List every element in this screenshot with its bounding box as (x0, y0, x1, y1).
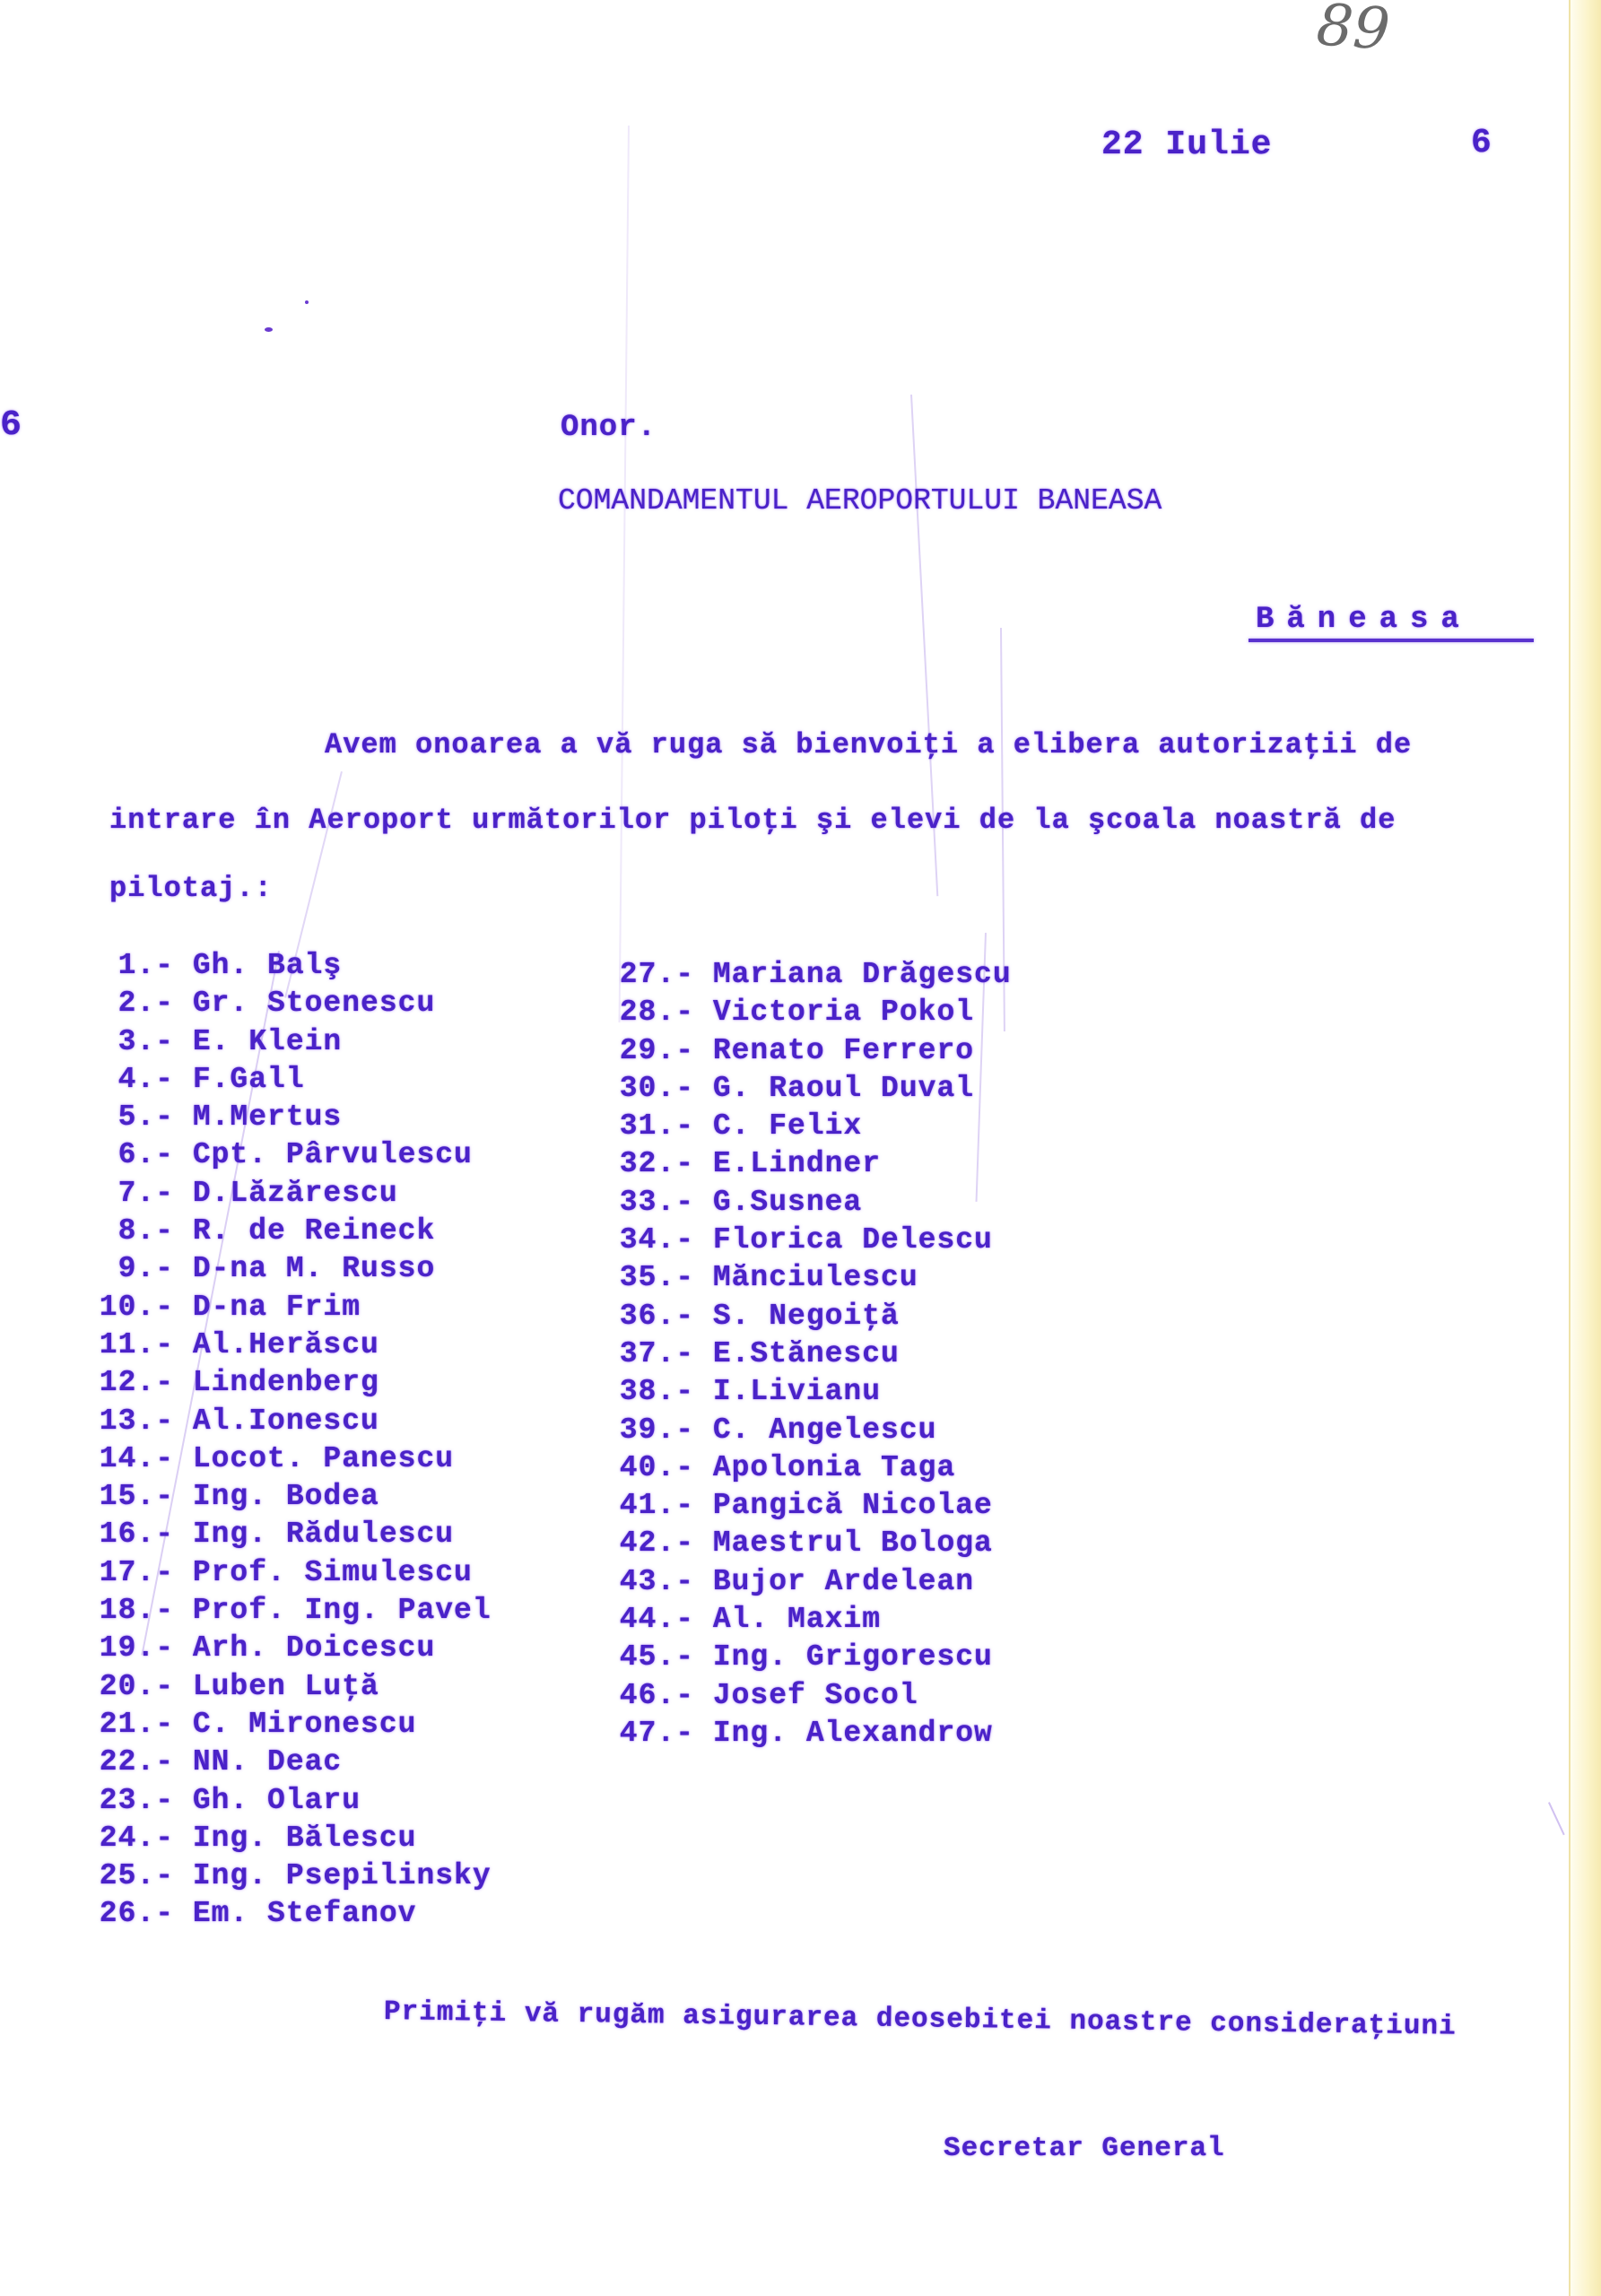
list-item: 44.- Al. Maxim (606, 1601, 1012, 1639)
list-item-name: S. Negoiţă (713, 1300, 900, 1333)
list-item-name: R. de Reineck (193, 1214, 435, 1248)
list-item-number: 31.- (606, 1108, 694, 1145)
list-item-name: Florica Delescu (713, 1223, 993, 1257)
paper-edge (1571, 0, 1601, 2296)
crease-mark (619, 126, 630, 1022)
list-item-name: Ing. Grigorescu (713, 1640, 993, 1674)
list-item-number: 37.- (606, 1335, 694, 1373)
list-item-name: Gh. Balş (193, 949, 342, 982)
list-item-number: 35.- (606, 1259, 694, 1297)
list-item-number: 45.- (606, 1639, 694, 1676)
list-item-number: 2.- (86, 985, 174, 1022)
list-item-number: 16.- (86, 1516, 174, 1553)
list-item-name: F.Gall (193, 1063, 305, 1096)
list-item-name: D-na M. Russo (193, 1252, 435, 1285)
list-item: 30.- G. Raoul Duval (606, 1070, 1012, 1108)
list-item: 37.- E.Stănescu (606, 1335, 1012, 1373)
list-item: 24.- Ing. Bălescu (86, 1820, 492, 1857)
list-item-number: 15.- (86, 1478, 174, 1516)
list-item: 12.- Lindenberg (86, 1364, 492, 1402)
list-item-name: Ing. Bodea (193, 1480, 379, 1513)
list-item-name: Ing. Rădulescu (193, 1518, 454, 1551)
list-item-number: 4.- (86, 1061, 174, 1099)
list-item-number: 43.- (606, 1563, 694, 1601)
list-item-number: 32.- (606, 1145, 694, 1183)
ink-speck (305, 300, 309, 304)
list-item: 38.- I.Livianu (606, 1373, 1012, 1411)
list-item-number: 46.- (606, 1677, 694, 1715)
list-item-number: 29.- (606, 1032, 694, 1070)
list-item-number: 39.- (606, 1412, 694, 1449)
list-item: 3.- E. Klein (86, 1023, 492, 1061)
list-item-number: 41.- (606, 1487, 694, 1525)
list-item-number: 25.- (86, 1857, 174, 1895)
list-item-number: 6.- (86, 1136, 174, 1174)
list-item-name: Al.Ionescu (193, 1405, 379, 1438)
signature-title: Secretar General (944, 2133, 1225, 2164)
list-item: 13.- Al.Ionescu (86, 1403, 492, 1440)
list-item: 46.- Josef Socol (606, 1677, 1012, 1715)
list-item-number: 47.- (606, 1715, 694, 1752)
list-item-number: 3.- (86, 1023, 174, 1061)
list-item-name: Maestrul Bologa (713, 1526, 993, 1560)
list-item: 34.- Florica Delescu (606, 1222, 1012, 1259)
list-item-number: 28.- (606, 994, 694, 1031)
list-item: 45.- Ing. Grigorescu (606, 1639, 1012, 1676)
list-item: 8.- R. de Reineck (86, 1213, 492, 1250)
pilot-list-right: 27.- Mariana Drăgescu28.- Victoria Pokol… (606, 956, 1012, 1752)
list-item-name: Victoria Pokol (713, 996, 974, 1029)
list-item: 15.- Ing. Bodea (86, 1478, 492, 1516)
list-item: 9.- D-na M. Russo (86, 1250, 492, 1288)
list-item-name: D.Lăzărescu (193, 1177, 398, 1210)
list-item: 47.- Ing. Alexandrow (606, 1715, 1012, 1752)
list-item: 21.- C. Mironescu (86, 1706, 492, 1744)
list-item: 25.- Ing. Psepilinsky (86, 1857, 492, 1895)
closing-formula: Primiţi vă rugăm asigurarea deosebitei n… (384, 1996, 1457, 2043)
list-item-name: G. Raoul Duval (713, 1072, 974, 1105)
crease-mark (1548, 1802, 1565, 1835)
list-item-name: Al.Herăscu (193, 1328, 379, 1361)
city: Băneasa (1256, 603, 1472, 637)
list-item-number: 7.- (86, 1175, 174, 1213)
list-item-number: 21.- (86, 1706, 174, 1744)
list-item: 11.- Al.Herăscu (86, 1326, 492, 1364)
list-item-number: 11.- (86, 1326, 174, 1364)
list-item-number: 44.- (606, 1601, 694, 1639)
list-item: 26.- Em. Stefanov (86, 1895, 492, 1933)
list-item-number: 5.- (86, 1099, 174, 1136)
letter-date: 22 Iulie (1101, 126, 1272, 164)
list-item-number: 12.- (86, 1364, 174, 1402)
list-item: 39.- C. Angelescu (606, 1412, 1012, 1449)
list-item-name: C. Mironescu (193, 1708, 417, 1741)
list-item-number: 27.- (606, 956, 694, 994)
list-item-name: Locot. Panescu (193, 1442, 454, 1475)
list-item-name: C. Angelescu (713, 1413, 937, 1447)
list-item-number: 1.- (86, 947, 174, 985)
list-item: 31.- C. Felix (606, 1108, 1012, 1145)
list-item-name: Lindenberg (193, 1366, 379, 1399)
list-item-number: 18.- (86, 1592, 174, 1630)
list-item-name: Mănciulescu (713, 1261, 918, 1294)
body-line-2: intrare în Aeroport următorilor piloţi ş… (109, 804, 1396, 837)
list-item: 20.- Luben Luţă (86, 1668, 492, 1706)
list-item-name: Al. Maxim (713, 1603, 881, 1636)
list-item-number: 8.- (86, 1213, 174, 1250)
list-item: 22.- NN. Deac (86, 1744, 492, 1781)
letter-date-number: 6 (1471, 124, 1492, 162)
list-item-name: Arh. Doicescu (193, 1631, 435, 1665)
list-item-number: 9.- (86, 1250, 174, 1288)
pilot-list-left: 1.- Gh. Balş2.- Gr. Stoenescu3.- E. Klei… (86, 947, 492, 1934)
list-item: 43.- Bujor Ardelean (606, 1563, 1012, 1601)
list-item-name: Pangică Nicolae (713, 1489, 993, 1522)
list-item-name: Cpt. Pârvulescu (193, 1138, 473, 1171)
list-item-name: G.Susnea (713, 1186, 862, 1219)
list-item-name: Bujor Ardelean (713, 1565, 974, 1598)
list-item-name: Em. Stefanov (193, 1897, 417, 1930)
list-item-name: Ing. Bălescu (193, 1822, 417, 1855)
list-item: 6.- Cpt. Pârvulescu (86, 1136, 492, 1174)
list-item-name: E. Klein (193, 1025, 342, 1058)
list-item-name: NN. Deac (193, 1745, 342, 1779)
list-item-number: 34.- (606, 1222, 694, 1259)
list-item: 19.- Arh. Doicescu (86, 1630, 492, 1667)
list-item-name: Mariana Drăgescu (713, 958, 1012, 991)
list-item: 23.- Gh. Olaru (86, 1782, 492, 1820)
list-item-name: Renato Ferrero (713, 1034, 974, 1067)
list-item: 29.- Renato Ferrero (606, 1032, 1012, 1070)
list-item-name: Prof. Simulescu (193, 1556, 473, 1589)
body-line-1: Avem onoarea a vă ruga să bienvoiţi a el… (325, 728, 1412, 761)
list-item-name: Luben Luţă (193, 1670, 379, 1703)
list-item-name: Prof. Ing. Pavel (193, 1594, 492, 1627)
list-item: 2.- Gr. Stoenescu (86, 985, 492, 1022)
list-item-name: Ing. Psepilinsky (193, 1859, 492, 1892)
list-item: 32.- E.Lindner (606, 1145, 1012, 1183)
list-item: 1.- Gh. Balş (86, 947, 492, 985)
list-item: 17.- Prof. Simulescu (86, 1554, 492, 1592)
list-item-name: Ing. Alexandrow (713, 1717, 993, 1750)
document-page: 89 22 Iulie 6 6 Onor. COMANDAMENTUL AERO… (0, 0, 1601, 2296)
margin-number: 6 (0, 405, 22, 446)
salutation: Onor. (561, 411, 657, 445)
list-item-number: 14.- (86, 1440, 174, 1478)
list-item-number: 17.- (86, 1554, 174, 1592)
list-item: 36.- S. Negoiţă (606, 1298, 1012, 1335)
list-item: 4.- F.Gall (86, 1061, 492, 1099)
list-item-number: 26.- (86, 1895, 174, 1933)
list-item: 42.- Maestrul Bologa (606, 1525, 1012, 1562)
list-item: 18.- Prof. Ing. Pavel (86, 1592, 492, 1630)
list-item-number: 36.- (606, 1298, 694, 1335)
list-item: 33.- G.Susnea (606, 1184, 1012, 1222)
list-item-number: 30.- (606, 1070, 694, 1108)
list-item: 10.- D-na Frim (86, 1289, 492, 1326)
list-item: 14.- Locot. Panescu (86, 1440, 492, 1478)
list-item-name: Gr. Stoenescu (193, 987, 435, 1020)
list-item-name: C. Felix (713, 1109, 862, 1143)
list-item-number: 42.- (606, 1525, 694, 1562)
addressee: COMANDAMENTUL AEROPORTULUI BANEASA (558, 484, 1162, 517)
list-item-number: 19.- (86, 1630, 174, 1667)
list-item-name: Gh. Olaru (193, 1784, 361, 1817)
list-item-name: M.Mertus (193, 1100, 342, 1134)
list-item-number: 40.- (606, 1449, 694, 1487)
list-item-number: 38.- (606, 1373, 694, 1411)
list-item-name: I.Livianu (713, 1375, 881, 1408)
body-line-3: pilotaj.: (109, 872, 273, 905)
list-item-name: D-na Frim (193, 1291, 361, 1324)
list-item: 28.- Victoria Pokol (606, 994, 1012, 1031)
list-item-number: 23.- (86, 1782, 174, 1820)
list-item-number: 20.- (86, 1668, 174, 1706)
list-item-name: E.Lindner (713, 1147, 881, 1180)
city-underline (1249, 639, 1534, 642)
list-item-name: Apolonia Taga (713, 1451, 955, 1484)
list-item: 40.- Apolonia Taga (606, 1449, 1012, 1487)
list-item: 27.- Mariana Drăgescu (606, 956, 1012, 994)
list-item-name: Josef Socol (713, 1679, 918, 1712)
list-item-number: 24.- (86, 1820, 174, 1857)
ink-speck (265, 327, 273, 332)
list-item-name: E.Stănescu (713, 1337, 900, 1370)
list-item: 16.- Ing. Rădulescu (86, 1516, 492, 1553)
list-item-number: 13.- (86, 1403, 174, 1440)
list-item-number: 22.- (86, 1744, 174, 1781)
list-item: 5.- M.Mertus (86, 1099, 492, 1136)
list-item-number: 10.- (86, 1289, 174, 1326)
folio-number-handwritten: 89 (1315, 0, 1392, 64)
list-item-number: 33.- (606, 1184, 694, 1222)
list-item: 35.- Mănciulescu (606, 1259, 1012, 1297)
list-item: 41.- Pangică Nicolae (606, 1487, 1012, 1525)
list-item: 7.- D.Lăzărescu (86, 1175, 492, 1213)
